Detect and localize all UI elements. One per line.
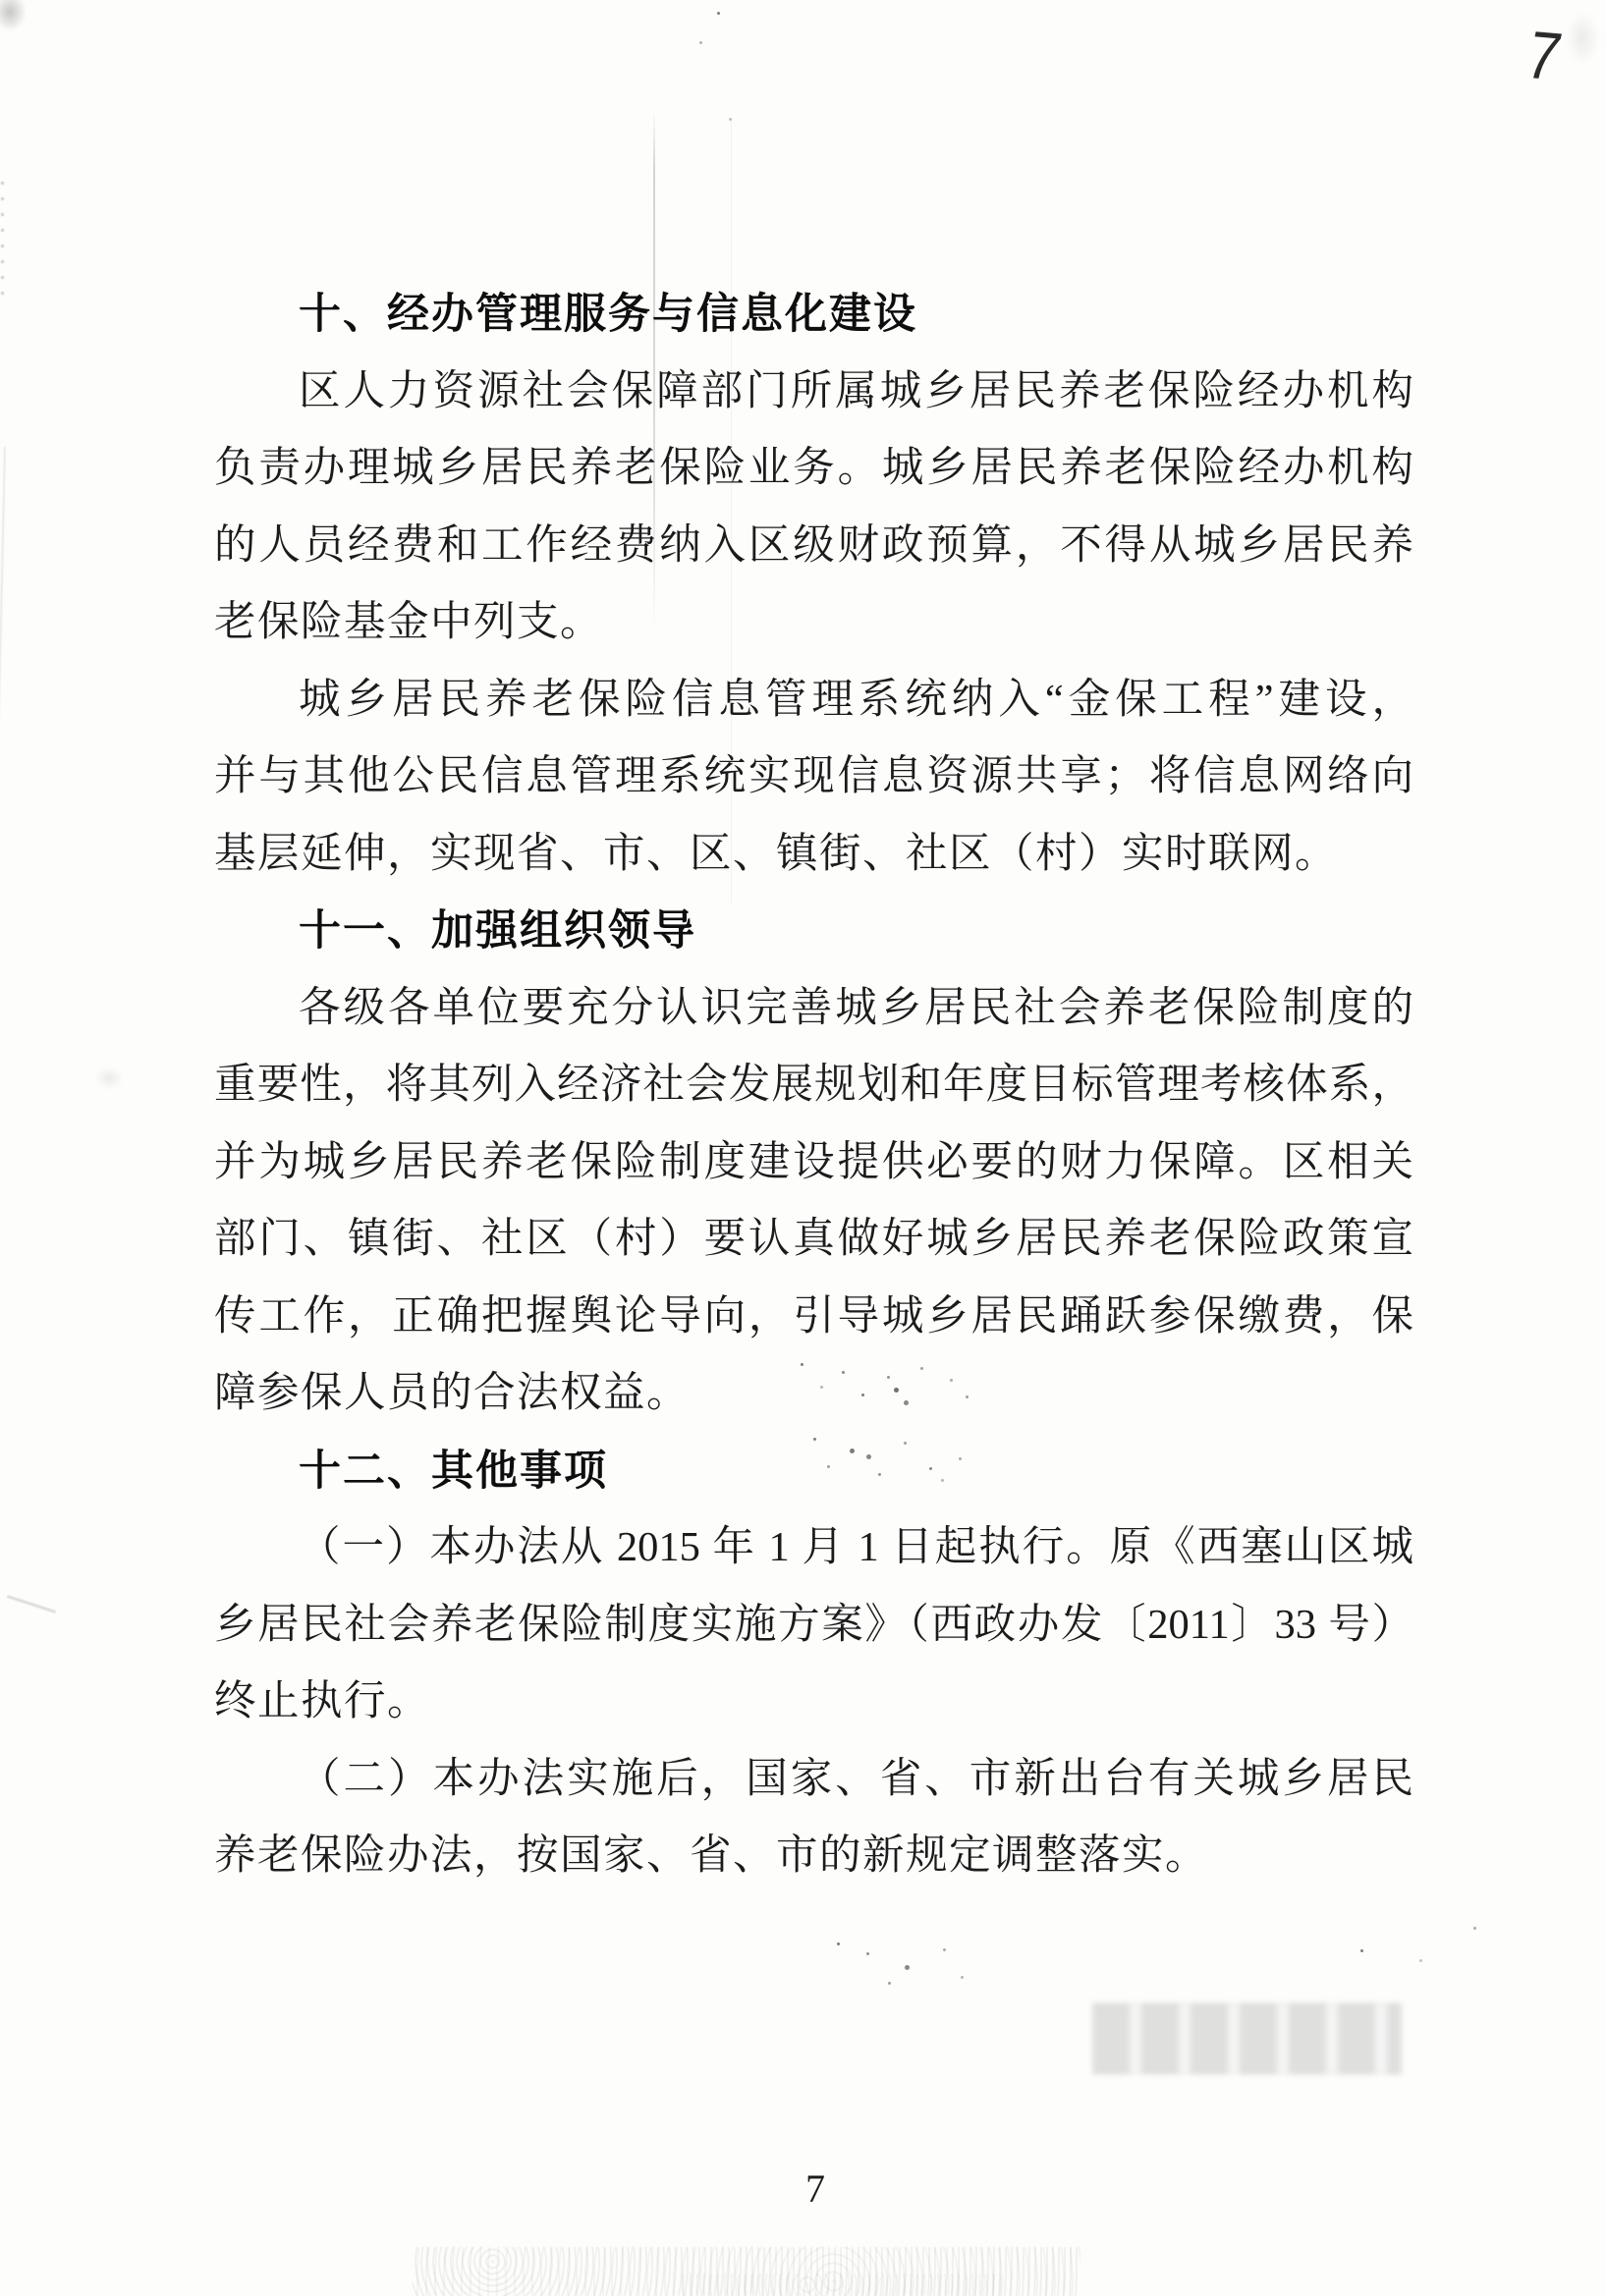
- scan-artifact-ink-speckles: [1360, 1949, 1363, 1952]
- scan-artifact-corner-blob: [0, 0, 31, 37]
- scan-artifact-edge-trail: [1, 182, 4, 300]
- text-line: 城乡居民养老保险信息管理系统纳入“金保工程”建设，: [214, 662, 1413, 739]
- scan-artifact-ink-speckles: [717, 12, 720, 15]
- text-line: 区人力资源社会保障部门所属城乡居民养老保险经办机构: [214, 354, 1413, 431]
- text-line: 部门、镇街、社区（村）要认真做好城乡居民养老保险政策宣: [214, 1201, 1413, 1279]
- scan-artifact-noise-band: [678, 2273, 1002, 2296]
- text-line: 乡居民社会养老保险制度实施方案》（西政办发〔2011〕33 号）: [214, 1587, 1413, 1665]
- document-body: 十、经办管理服务与信息化建设区人力资源社会保障部门所属城乡居民养老保险经办机构负…: [214, 276, 1413, 1895]
- scan-artifact-noise-band: [413, 2247, 1080, 2296]
- scanned-document-page: 7 十、经办管理服务与信息化建设区人力资源社会保障部门所属城乡居民养老保险经办机…: [0, 0, 1606, 2296]
- text-line: 养老保险办法，按国家、省、市的新规定调整落实。: [214, 1818, 1413, 1895]
- text-line: 传工作，正确把握舆论导向，引导城乡居民踊跃参保缴费，保: [214, 1279, 1413, 1356]
- text-line: 并为城乡居民养老保险制度建设提供必要的财力保障。区相关: [214, 1124, 1413, 1202]
- text-line: 负责办理城乡居民养老保险业务。城乡居民养老保险经办机构: [214, 430, 1413, 508]
- text-line: 十二、其他事项: [214, 1433, 1413, 1510]
- text-line: 终止执行。: [214, 1664, 1413, 1741]
- text-line: 障参保人员的合法权益。: [214, 1355, 1413, 1433]
- text-line: 老保险基金中列支。: [214, 584, 1413, 662]
- text-line: 的人员经费和工作经费纳入区级财政预算，不得从城乡居民养: [214, 508, 1413, 585]
- scan-artifact-bleed-through: [1092, 2003, 1402, 2074]
- scan-artifact-margin-blob: [90, 1064, 128, 1093]
- scan-artifact-edge-tick: [7, 1595, 56, 1613]
- text-line: 基层延伸，实现省、市、区、镇街、社区（村）实时联网。: [214, 816, 1413, 894]
- text-line: 各级各单位要充分认识完善城乡居民社会养老保险制度的: [214, 970, 1413, 1048]
- scan-artifact-pencil-smudge: [1558, 0, 1606, 77]
- text-line: 重要性，将其列入经济社会发展规划和年度目标管理考核体系，: [214, 1047, 1413, 1124]
- text-line: 十、经办管理服务与信息化建设: [214, 276, 1413, 354]
- footer-page-number: 7: [756, 2165, 874, 2212]
- handwritten-page-number: 7: [1520, 16, 1568, 95]
- text-line: 并与其他公民信息管理系统实现信息资源共享；将信息网络向: [214, 738, 1413, 816]
- scan-artifact-edge-crease: [0, 447, 6, 1650]
- text-line: （一）本办法从 2015 年 1 月 1 日起执行。原《西塞山区城: [214, 1509, 1413, 1587]
- text-line: （二）本办法实施后，国家、省、市新出台有关城乡居民: [214, 1741, 1413, 1819]
- text-line: 十一、加强组织领导: [214, 893, 1413, 970]
- scan-artifact-ink-speckles: [837, 1942, 840, 1945]
